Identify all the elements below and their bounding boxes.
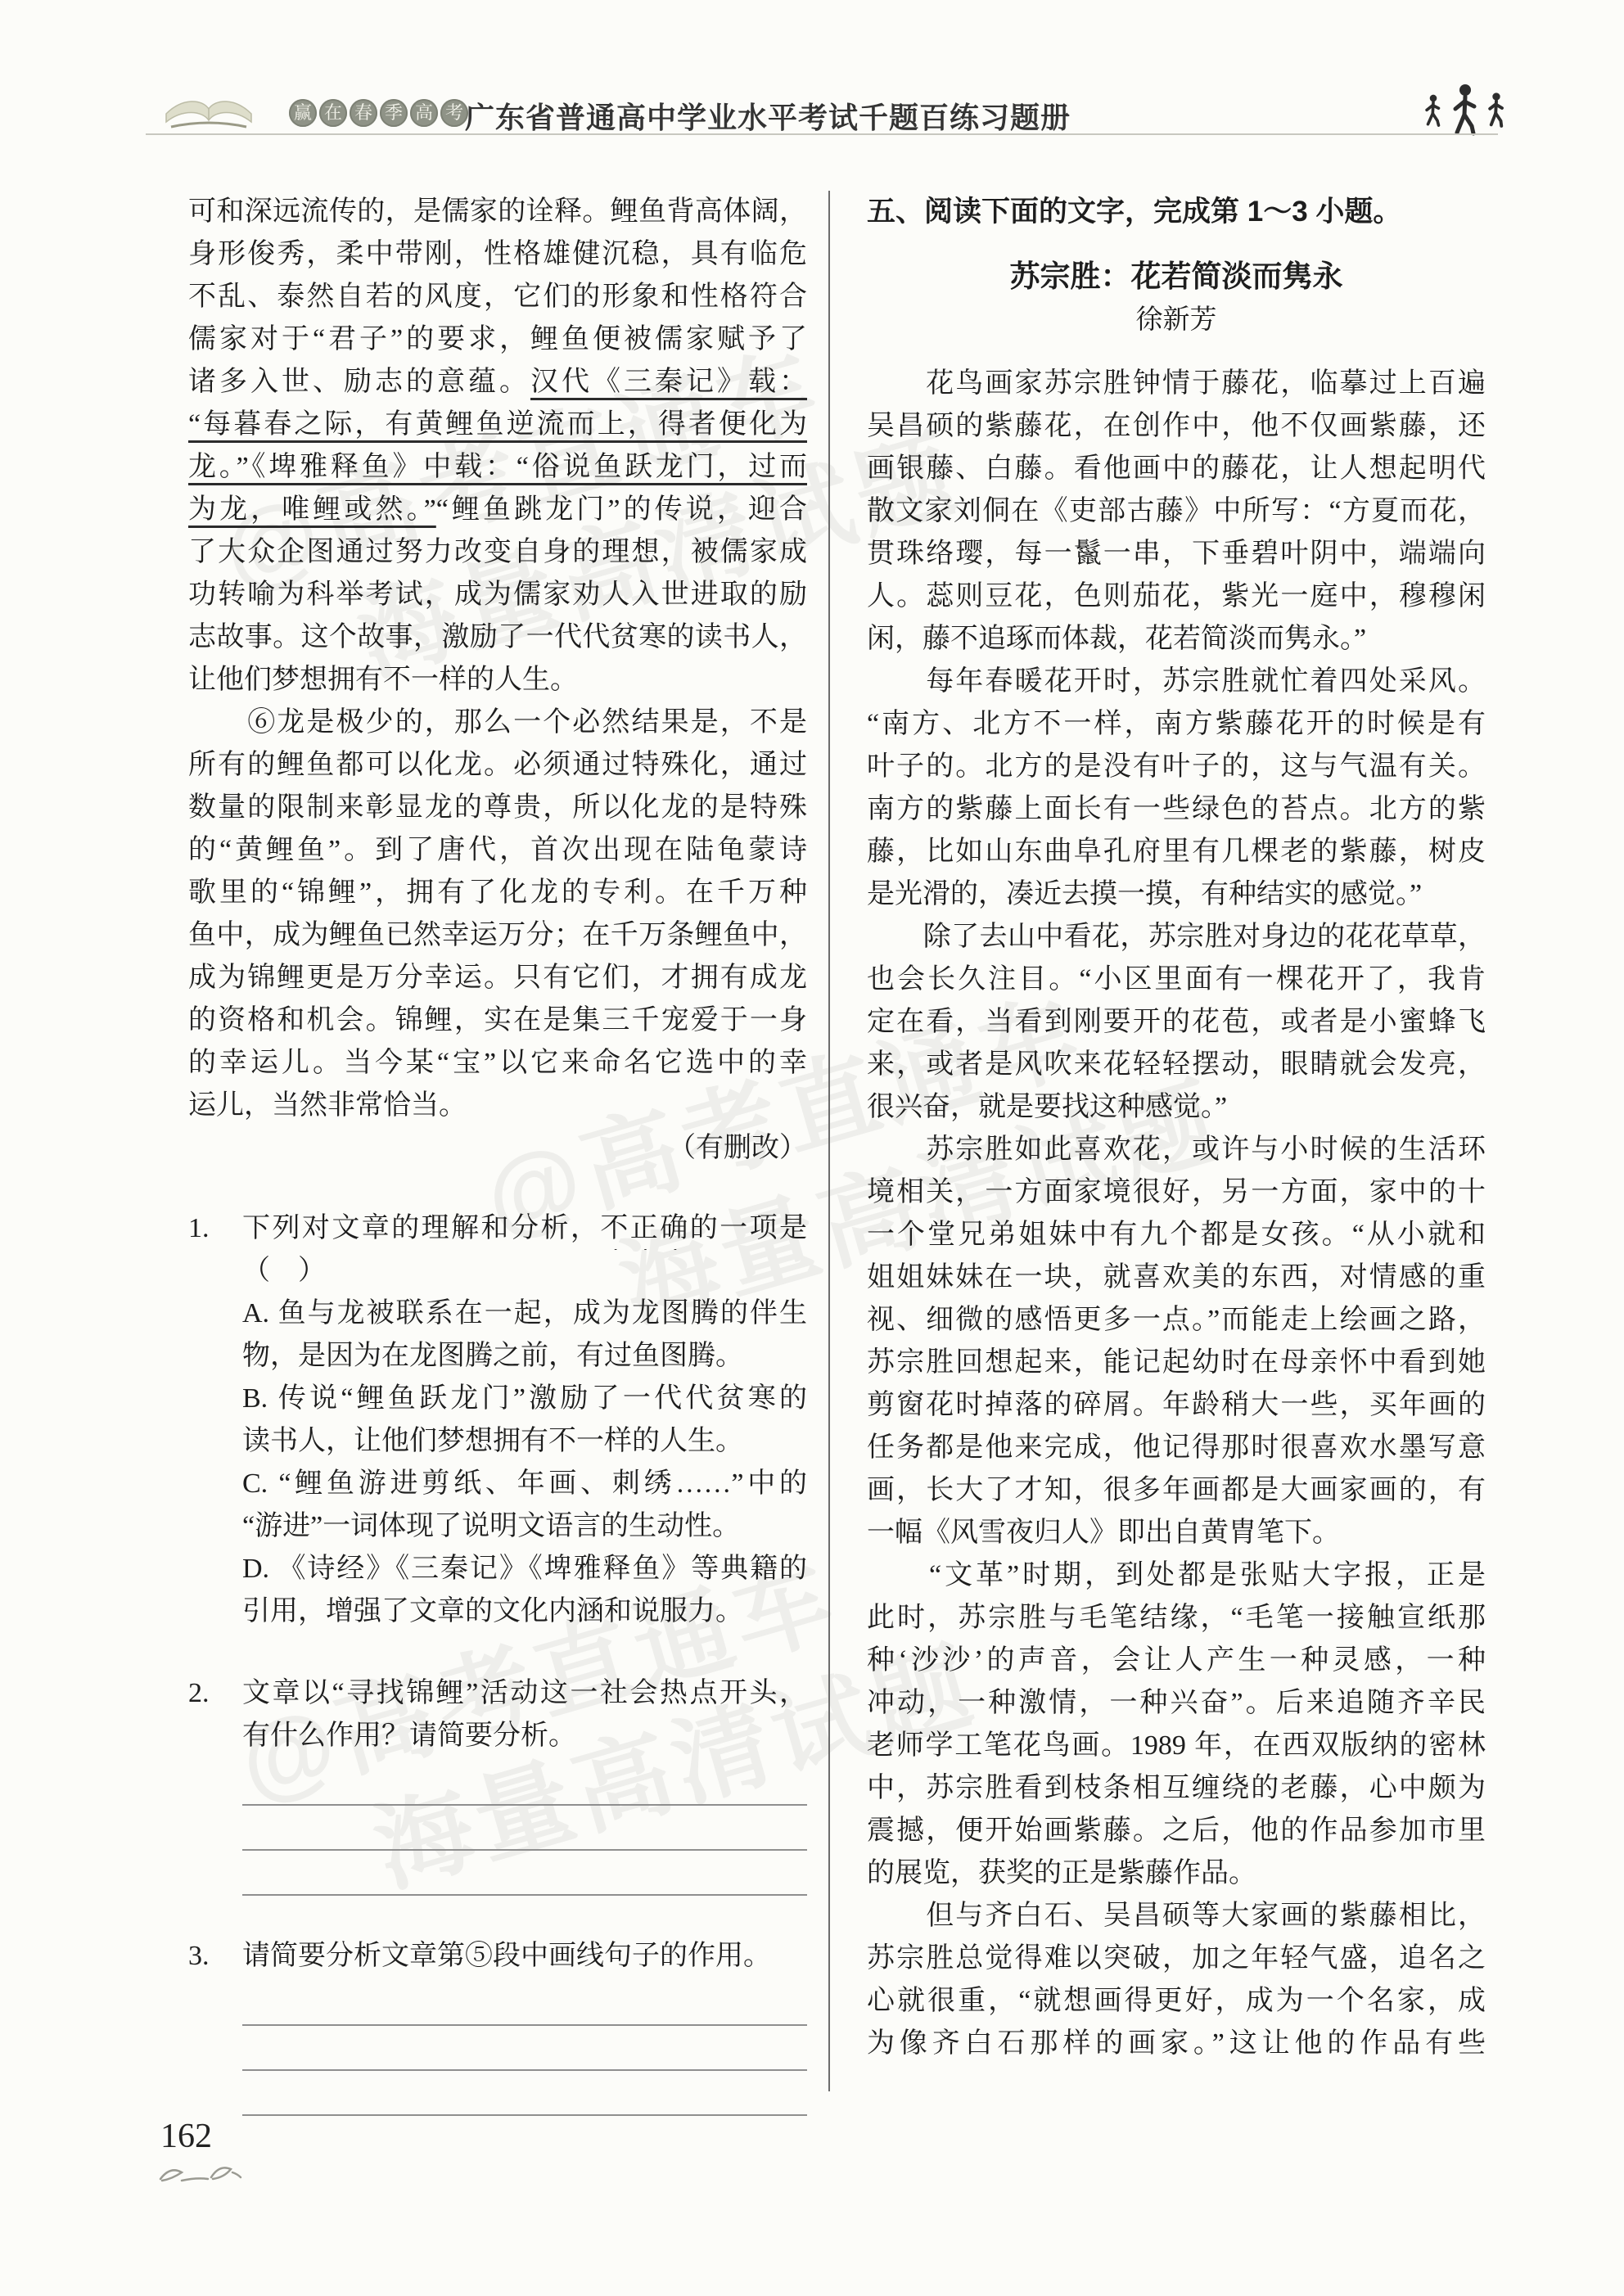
question-line: 物，是因为在龙图腾之前，有过鱼图腾。	[242, 1335, 807, 1378]
answer-line	[242, 1806, 807, 1851]
article-line: 可和深远流传的，是儒家的诠释。鲤鱼背高体阔，	[188, 191, 807, 233]
article-line: 冲动，一种激情，一种兴奋”。后来追随齐辛民	[867, 1682, 1486, 1725]
article-line: 老师学工笔花鸟画。1989 年，在西双版纳的密林	[867, 1725, 1486, 1767]
article-line: 歌里的“锦鲤”，拥有了化龙的专利。在千万种	[188, 872, 807, 914]
article-line: 身形俊秀，柔中带刚，性格雄健沉稳，具有临危	[188, 233, 807, 276]
answer-line	[242, 2026, 807, 2071]
article-line: 不乱、泰然自若的风度，它们的形象和性格符合	[188, 276, 807, 318]
article-line: 成为锦鲤更是万分幸运。只有它们，才拥有成龙	[188, 957, 807, 999]
question-number: 2.	[188, 1672, 242, 1896]
article-line: 中，苏宗胜看到枝条相互缠绕的老藤，心中颇为	[867, 1767, 1486, 1810]
question-line: 有什么作用？请简要分析。	[242, 1715, 807, 1757]
question-body: 请简要分析文章第⑤段中画线句子的作用。	[242, 1935, 807, 2116]
question-line: D. 《诗经》《三秦记》《埤雅释鱼》等典籍的	[242, 1548, 807, 1590]
article-line: “每暮春之际，有黄鲤鱼逆流而上，得者便化为	[188, 404, 807, 446]
question-body: 文章以“寻找锦鲤”活动这一社会热点开头，有什么作用？请简要分析。	[242, 1672, 807, 1896]
article-line: 让他们梦想拥有不一样的人生。	[188, 659, 807, 701]
question-item: 2.文章以“寻找锦鲤”活动这一社会热点开头，有什么作用？请简要分析。	[188, 1672, 807, 1896]
brand-badge: 赢	[289, 99, 317, 127]
question-line: A. 鱼与龙被联系在一起，成为龙图腾的伴生	[242, 1292, 807, 1335]
article-line: 但与齐白石、吴昌硕等大家画的紫藤相比，	[867, 1895, 1486, 1937]
question-line: C. “鲤鱼游进剪纸、年画、刺绣……”中的	[242, 1463, 807, 1505]
workbook-page: 赢在春季高考 广东省普通高中学业水平考试千题百练习题册	[0, 0, 1624, 2296]
article-line: “文革”时期，到处都是张贴大字报，正是	[867, 1554, 1486, 1597]
article-line: 也会长久注目。“小区里面有一棵花开了，我肯	[867, 959, 1486, 1001]
question-item: 1.下列对文章的理解和分析，不正确的一项是（ ）A. 鱼与龙被联系在一起，成为龙…	[188, 1207, 807, 1633]
question-line: （ ）	[242, 1250, 807, 1292]
question-number: 1.	[188, 1207, 242, 1633]
question-line: 下列对文章的理解和分析，不正确的一项是	[242, 1207, 807, 1250]
article-line: 的资格和机会。锦鲤，实在是集三千宠爱于一身	[188, 999, 807, 1042]
answer-area	[242, 1981, 807, 2116]
answer-line	[242, 1851, 807, 1896]
question-line: B. 传说“鲤鱼跃龙门”激励了一代代贫寒的	[242, 1378, 807, 1420]
brand-badge: 季	[380, 99, 408, 127]
article-line: 的“黄鲤鱼”。到了唐代，首次出现在陆龟蒙诗	[188, 829, 807, 872]
article-line: 的幸运儿。当今某“宝”以它来命名它选中的幸	[188, 1042, 807, 1085]
answer-area	[242, 1761, 807, 1896]
article-line: 定在看，当看到刚要开的花苞，或者是小蜜蜂飞	[867, 1001, 1486, 1044]
brand-badge: 高	[410, 99, 438, 127]
article-line: 苏宗胜总觉得难以突破，加之年轻气盛，追名之	[867, 1937, 1486, 1980]
open-book-icon	[160, 84, 258, 135]
question-line: 文章以“寻找锦鲤”活动这一社会热点开头，	[242, 1672, 807, 1715]
article-line: 姐姐妹妹在一块，就喜欢美的东西，对情感的重	[867, 1256, 1486, 1299]
question-body: 下列对文章的理解和分析，不正确的一项是（ ）A. 鱼与龙被联系在一起，成为龙图腾…	[242, 1207, 807, 1633]
article-line: 为像齐白石那样的画家。”这让他的作品有些	[867, 2023, 1486, 2065]
article-line: 画，长大了才知，很多年画都是大画家画的，有	[867, 1469, 1486, 1512]
article-author: 徐新芳	[867, 299, 1486, 341]
article-line: 的展览，获奖的正是紫藤作品。	[867, 1852, 1486, 1895]
article-line: 画银藤、白藤。看他画中的藤花，让人想起明代	[867, 448, 1486, 490]
article-line: 任务都是他来完成，他记得那时很喜欢水墨写意	[867, 1427, 1486, 1469]
article-line: 除了去山中看花，苏宗胜对身边的花花草草，	[867, 916, 1486, 959]
article-line: 剪窗花时掉落的碎屑。年龄稍大一些，买年画的	[867, 1384, 1486, 1427]
questions-section: 1.下列对文章的理解和分析，不正确的一项是（ ）A. 鱼与龙被联系在一起，成为龙…	[188, 1207, 807, 2116]
article-line: 花鸟画家苏宗胜钟情于藤花，临摹过上百遍	[867, 363, 1486, 405]
article-line: 是光滑的，凑近去摸一摸，有种结实的感觉。”	[867, 873, 1486, 916]
article-line: 震撼，便开始画紫藤。之后，他的作品参加市里	[867, 1810, 1486, 1852]
article-line: 此时，苏宗胜与毛笔结缘，“毛笔一接触宣纸那	[867, 1597, 1486, 1640]
article-line: 所有的鲤鱼都可以化龙。必须通过特殊化，通过	[188, 744, 807, 787]
article-line: 运儿，当然非常恰当。	[188, 1085, 807, 1127]
article-line: 心就很重，“就想画得更好，成为一个名家，成	[867, 1980, 1486, 2023]
running-people-icon	[1419, 80, 1513, 138]
question-line: “游进”一词体现了说明文语言的生动性。	[242, 1505, 807, 1548]
article-line: 龙。”《埤雅释鱼》中载：“俗说鱼跃龙门，过而	[188, 446, 807, 489]
article-line: 每年春暖花开时，苏宗胜就忙着四处采风。	[867, 661, 1486, 703]
article-line: 为龙，唯鲤或然。”“鲤鱼跳龙门”的传说，迎合	[188, 489, 807, 531]
column-divider	[828, 191, 830, 2091]
article-line: 种‘沙沙’的声音，会让人产生一种灵感，一种	[867, 1640, 1486, 1682]
article-line: 功转喻为科举考试，成为儒家劝人入世进取的励	[188, 574, 807, 616]
question-line: 读书人，让他们梦想拥有不一样的人生。	[242, 1420, 807, 1463]
article-line: 闲，藤不追琢而体裁，花若简淡而隽永。”	[867, 618, 1486, 661]
left-column: 可和深远流传的，是儒家的诠释。鲤鱼背高体阔，身形俊秀，柔中带刚，性格雄健沉稳，具…	[188, 191, 807, 2116]
page-number: 162	[160, 2117, 212, 2156]
brand-badges: 赢在春季高考	[289, 99, 471, 127]
answer-line	[242, 2071, 807, 2116]
article-line: 很兴奋，就是要找这种感觉。”	[867, 1086, 1486, 1129]
brand-badge: 在	[319, 99, 347, 127]
section-heading: 五、阅读下面的文字，完成第 1～3 小题。	[867, 191, 1486, 233]
article-line: 数量的限制来彰显龙的尊贵，所以化龙的是特殊	[188, 787, 807, 829]
article-line: 一幅《风雪夜归人》即出自黄胄笔下。	[867, 1512, 1486, 1554]
article-line: 人。蕊则豆花，色则茄花，紫光一庭中，穆穆闲	[867, 575, 1486, 618]
header-divider	[146, 133, 1498, 135]
leaf-flourish-icon	[154, 2161, 244, 2189]
answer-line	[242, 1981, 807, 2026]
question-line: 引用，增强了文章的文化内涵和说服力。	[242, 1590, 807, 1633]
article-line: 南方的紫藤上面长有一些绿色的苔点。北方的紫	[867, 788, 1486, 831]
article-line: 吴昌硕的紫藤花，在创作中，他不仅画紫藤，还	[867, 405, 1486, 448]
question-line: 请简要分析文章第⑤段中画线句子的作用。	[242, 1935, 807, 1978]
article-line: ⑥龙是极少的，那么一个必然结果是，不是	[188, 701, 807, 744]
article-line: 叶子的。北方的是没有叶子的，这与气温有关。	[867, 746, 1486, 788]
article-line: 苏宗胜回想起来，能记起幼时在母亲怀中看到她	[867, 1342, 1486, 1384]
article-line: 儒家对于“君子”的要求，鲤鱼便被儒家赋予了	[188, 318, 807, 361]
article-title: 苏宗胜：花若简淡而隽永	[867, 255, 1486, 299]
article-line: 散文家刘侗在《吏部古藤》中所写：“方夏而花，	[867, 490, 1486, 533]
article-line: 鱼中，成为鲤鱼已然幸运万分；在千万条鲤鱼中，	[188, 914, 807, 957]
question-item: 3.请简要分析文章第⑤段中画线句子的作用。	[188, 1935, 807, 2116]
header-title: 广东省普通高中学业水平考试千题百练习题册	[465, 95, 1071, 137]
article-line: （有删改）	[188, 1127, 807, 1170]
article-line: 了大众企图通过努力改变自身的理想，被儒家成	[188, 531, 807, 574]
article-line: 境相关，一方面家境很好，另一方面，家中的十	[867, 1171, 1486, 1214]
brand-badge: 考	[440, 99, 468, 127]
article-line: 志故事。这个故事，激励了一代代贫寒的读书人，	[188, 616, 807, 659]
article-line: 苏宗胜如此喜欢花，或许与小时候的生活环	[867, 1129, 1486, 1171]
article-line: 诸多入世、励志的意蕴。汉代《三秦记》载：	[188, 361, 807, 404]
left-article: 可和深远流传的，是儒家的诠释。鲤鱼背高体阔，身形俊秀，柔中带刚，性格雄健沉稳，具…	[188, 191, 807, 1170]
answer-line	[242, 1761, 807, 1806]
question-number: 3.	[188, 1935, 242, 2116]
article-line: “南方、北方不一样，南方紫藤花开的时候是有	[867, 703, 1486, 746]
article-line: 视、细微的感悟更多一点。”而能走上绘画之路，	[867, 1299, 1486, 1342]
right-column: 五、阅读下面的文字，完成第 1～3 小题。 苏宗胜：花若简淡而隽永 徐新芳 花鸟…	[867, 191, 1486, 2065]
right-article: 花鸟画家苏宗胜钟情于藤花，临摹过上百遍吴昌硕的紫藤花，在创作中，他不仅画紫藤，还…	[867, 363, 1486, 2065]
article-line: 来，或者是风吹来花轻轻摆动，眼睛就会发亮，	[867, 1044, 1486, 1086]
brand-badge: 春	[350, 99, 377, 127]
article-line: 贯珠络璎，每一鬣一串，下垂碧叶阴中，端端向	[867, 533, 1486, 575]
article-line: 一个堂兄弟姐妹中有九个都是女孩。“从小就和	[867, 1214, 1486, 1256]
article-line: 藤，比如山东曲阜孔府里有几棵老的紫藤，树皮	[867, 831, 1486, 873]
